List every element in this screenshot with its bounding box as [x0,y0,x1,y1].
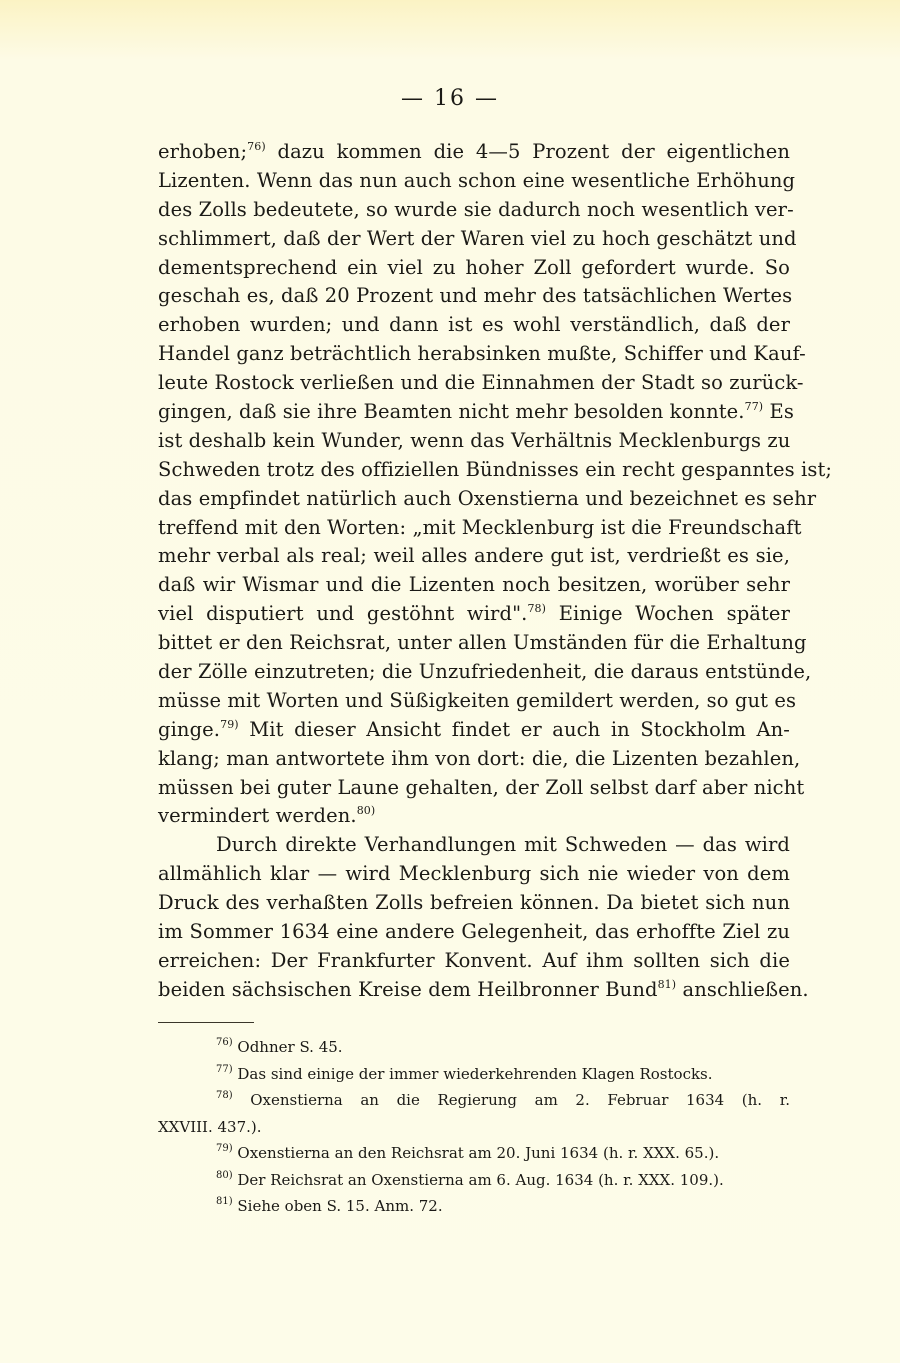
text-line: mehr verbal als real; weil alles andere … [158,542,790,571]
text-line: erhoben wurden; und dann ist es wohl ver… [158,311,790,340]
text-line: beiden sächsischen Kreise dem Heilbronne… [158,976,790,1005]
text-line: allmählich klar — wird Mecklenburg sich … [158,860,790,889]
footnote-text: Siehe oben S. 15. Anm. 72. [233,1197,443,1215]
footnote-78-cont: XXVIII. 437.). [158,1114,790,1141]
footnote-text: Oxenstierna an die Regierung am 2. Febru… [233,1091,790,1109]
footnote-text: XXVIII. 437.). [158,1118,262,1136]
text-span: vermindert werden. [158,804,357,827]
text-line: vermindert werden.80) [158,802,790,831]
text-line: schlimmert, daß der Wert der Waren viel … [158,225,790,254]
footnote-77: 77) Das sind einige der immer wiederkehr… [158,1061,790,1088]
text-line: müssen bei guter Laune gehalten, der Zol… [158,774,790,803]
footnote-number: 77) [216,1064,233,1075]
footnote-ref[interactable]: 81) [658,978,677,991]
book-page: — 16 — erhoben;76) dazu kommen die 4—5 P… [0,0,900,1363]
text-line: Lizenten. Wenn das nun auch schon eine w… [158,167,790,196]
footnote-76: 76) Odhner S. 45. [158,1034,790,1061]
text-line: ginge.79) Mit dieser Ansicht findet er a… [158,716,790,745]
footnote-81: 81) Siehe oben S. 15. Anm. 72. [158,1193,790,1220]
footnote-number: 79) [216,1143,233,1154]
text-line: Handel ganz beträchtlich herabsinken muß… [158,340,790,369]
text-line: das empfindet natürlich auch Oxenstierna… [158,485,790,514]
text-line: treffend mit den Worten: „mit Mecklenbur… [158,514,790,543]
footnote-number: 78) [216,1090,233,1101]
text-line: des Zolls bedeutete, so wurde sie dadurc… [158,196,790,225]
text-line: viel disputiert und gestöhnt wird".78) E… [158,600,790,629]
main-text: erhoben;76) dazu kommen die 4—5 Prozent … [158,138,790,1005]
footnote-ref[interactable]: 80) [357,804,376,817]
footnote-text: Der Reichsrat an Oxenstierna am 6. Aug. … [233,1171,724,1189]
text-line: Schweden trotz des offiziellen Bündnisse… [158,456,790,485]
footnote-text: Oxenstierna an den Reichsrat am 20. Juni… [233,1144,719,1162]
text-line: müsse mit Worten und Süßigkeiten gemilde… [158,687,790,716]
text-line: erreichen: Der Frankfurter Konvent. Auf … [158,947,790,976]
footnote-79: 79) Oxenstierna an den Reichsrat am 20. … [158,1140,790,1167]
footnote-number: 80) [216,1170,233,1181]
footnote-ref[interactable]: 78) [527,602,546,615]
text-span: anschließen. [676,978,809,1001]
text-line: ist deshalb kein Wunder, wenn das Verhäl… [158,427,790,456]
footnote-text: Das sind einige der immer wiederkehrende… [233,1065,713,1083]
text-span: Es [763,400,794,423]
text-span: dazu kommen die 4—5 Prozent der eigentli… [266,140,790,163]
footnote-80: 80) Der Reichsrat an Oxenstierna am 6. A… [158,1167,790,1194]
footnote-number: 81) [216,1196,233,1207]
text-line: leute Rostock verließen und die Einnahme… [158,369,790,398]
text-span: Einige Wochen später [546,602,790,625]
text-span: Mit dieser Ansicht findet er auch in Sto… [239,718,790,741]
text-line: gingen, daß sie ihre Beamten nicht mehr … [158,398,790,427]
text-span: viel disputiert und gestöhnt wird". [158,602,527,625]
text-line: dementsprechend ein viel zu hoher Zoll g… [158,254,790,283]
footnotes: 76) Odhner S. 45. 77) Das sind einige de… [158,1034,790,1220]
text-line: der Zölle einzutreten; die Unzufriedenhe… [158,658,790,687]
footnote-78: 78) Oxenstierna an die Regierung am 2. F… [158,1087,790,1114]
text-line: im Sommer 1634 eine andere Gelegenheit, … [158,918,790,947]
page-number: — 16 — [0,86,900,111]
footnote-ref[interactable]: 77) [745,400,764,413]
footnote-text: Odhner S. 45. [233,1038,343,1056]
text-span: ginge. [158,718,220,741]
text-span: erhoben; [158,140,247,163]
text-span: beiden sächsischen Kreise dem Heilbronne… [158,978,658,1001]
footnote-divider [158,1022,254,1023]
text-line: geschah es, daß 20 Prozent und mehr des … [158,282,790,311]
footnote-ref[interactable]: 76) [247,140,266,153]
text-line: Druck des verhaßten Zolls befreien könne… [158,889,790,918]
footnote-number: 76) [216,1037,233,1048]
footnote-ref[interactable]: 79) [220,718,239,731]
text-line: klang; man antwortete ihm von dort: die,… [158,745,790,774]
text-line: erhoben;76) dazu kommen die 4—5 Prozent … [158,138,790,167]
text-line: daß wir Wismar und die Lizenten noch bes… [158,571,790,600]
text-line: bittet er den Reichsrat, unter allen Ums… [158,629,790,658]
text-span: gingen, daß sie ihre Beamten nicht mehr … [158,400,745,423]
text-line: Durch direkte Verhandlungen mit Schweden… [158,831,790,860]
